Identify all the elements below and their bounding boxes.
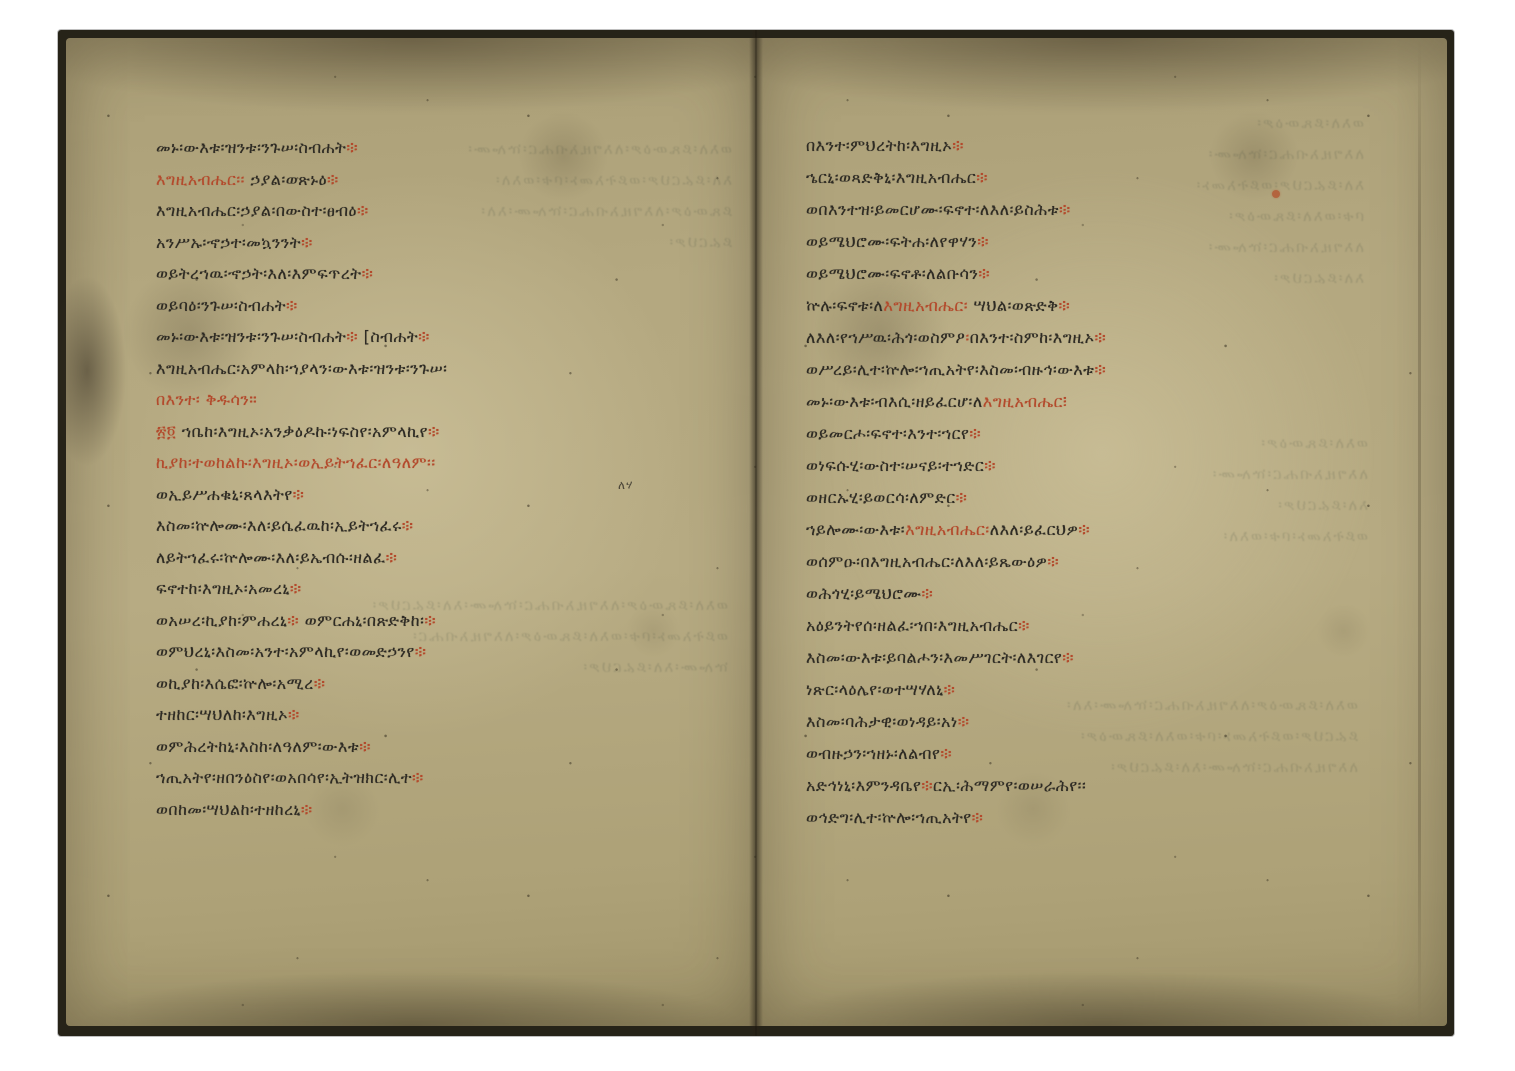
ink-text: መኑ፡ውእቱ፡ብእሲ፡ዘይፈርሆ፡ለ xyxy=(806,392,983,411)
text-line: ወበከመ፡ሣህልከ፡ተዘከረኒ፨ xyxy=(156,794,734,826)
rubric-text: ፨ xyxy=(952,136,964,155)
rubric-text: ፨ xyxy=(969,424,981,443)
text-line: በእንተ፡ ቅዱሳን። xyxy=(156,384,734,416)
ink-text: መኑ፡ውእቱ፡ዝንቱ፡ንጉሠ፡ስብሐት xyxy=(156,138,346,157)
rubric-text: እግዚአብሔር፡ xyxy=(905,520,990,539)
ink-text: ወነፍሱሂ፡ውስተ፡ሠናይ፡ተኀድር xyxy=(806,456,984,475)
text-line: እስመ፡ውእቱ፡ይባልሖን፡እመሥገርት፡ለእገርየ፨ xyxy=(806,642,1366,674)
rubric-text: ፨ xyxy=(1018,616,1030,635)
rubric-text: ፨ xyxy=(944,680,956,699)
text-line: ለይትኀፈሩ፡ኵሎሙ፡እለ፡ይኤብሱ፡ዘልፈ፨ xyxy=(156,542,734,574)
text-line: ወይመርሖ፡ፍኖተ፡እንተ፡ኀርየ፨ xyxy=(806,418,1366,450)
text-line: ወሥረይ፡ሊተ፡ኵሎ፡ኀጢአትየ፡እስመ፡ብዙኅ፡ውእቱ፨ xyxy=(806,354,1366,386)
ink-text: ወበእንተዝ፡ይመርሆሙ፡ፍኖተ፡ለእለ፡ይስሕቱ xyxy=(806,200,1059,219)
ink-text: ኀይሎሙ፡ውእቱ፡ xyxy=(806,520,905,539)
ink-text: አንሥኡ፡ኆኃተ፡መኳንንት xyxy=(156,233,301,252)
rubric-text: ፨ xyxy=(424,611,436,630)
text-line: ወይሜህሮሙ፡ፍትሐ፡ለየዋሃን፨ xyxy=(806,226,1366,258)
rubric-text: ፨ xyxy=(1059,200,1071,219)
rubric-text: ፨ xyxy=(1062,648,1074,667)
ink-text: መኑ፡ውእቱ፡ዝንቱ፡ንጉሠ፡ስብሐት xyxy=(156,327,346,346)
rubric-text: ፨ xyxy=(288,705,300,724)
rubric-text: እግዚአብሔር፡ xyxy=(883,296,973,315)
rubric-text: ፨ xyxy=(940,744,952,763)
rubric-text: ፨ xyxy=(978,264,990,283)
rubric-text: ፨ xyxy=(984,456,996,475)
ink-text: ወበከመ፡ሣህልከ፡ተዘከረኒ xyxy=(156,800,301,819)
ink-text: ወምህረኒ፡እስመ፡አንተ፡አምላኪየ፡ወመድኃንየ xyxy=(156,642,415,661)
left-page-text-column: መኑ፡ውእቱ፡ዝንቱ፡ንጉሠ፡ስብሐት፨እግዚአብሔር፡፡ ኃያል፡ወጽኑዕ፨እ… xyxy=(156,132,734,825)
ink-text: እግዚአብሔር፡ኃያል፡በውስተ፡ፀብዕ xyxy=(156,201,357,220)
text-line: ነጽር፡ላዕሌየ፡ወተሣሃለኒ፨ xyxy=(806,674,1366,706)
text-line: ወበእንተዝ፡ይመርሆሙ፡ፍኖተ፡ለእለ፡ይስሕቱ፨ xyxy=(806,194,1366,226)
rubric-text: በእንተ፡ ቅዱሳን። xyxy=(156,390,257,409)
ink-text: ሣህል፡ወጽድቅ xyxy=(974,296,1059,315)
text-line: ኵሉ፡ፍኖቱ፡ለእግዚአብሔር፡ ሣህል፡ወጽድቅ፨ xyxy=(806,290,1366,322)
rubric-text: እግዚአብሔር፧ xyxy=(983,392,1068,411)
text-line: ኀጢአትየ፡ዘበንዕስየ፡ወአበሳየ፡ኢትዝክር፡ሊተ፨ xyxy=(156,762,734,794)
text-line: ወምሕረትከኒ፡እስከ፡ለዓለም፡ውእቱ፨ xyxy=(156,731,734,763)
ink-text: ነጽር፡ላዕሌየ፡ወተሣሃለኒ xyxy=(806,680,944,699)
rubric-text: ፨ xyxy=(958,712,970,731)
text-line: ኄርኒ፡ወጻድቅኒ፡እግዚአብሔር፨ xyxy=(806,162,1366,194)
ink-text: ለእለ፡የኀሥዉ፡ሕጎ፡ወስምዖ xyxy=(806,328,965,347)
ink-text: ኃያል፡ወጽኑዕ xyxy=(250,170,327,189)
ink-text: ለእለ፡ይፈርህዎ xyxy=(990,520,1079,539)
text-line: አንሥኡ፡ኆኃተ፡መኳንንት፨ xyxy=(156,227,734,259)
red-ink-stain xyxy=(1272,190,1280,198)
rubric-text: ፨ xyxy=(301,233,313,252)
text-line: እግዚአብሔር፡፡ ኃያል፡ወጽኑዕ፨ xyxy=(156,164,734,196)
rubric-text: ፨ xyxy=(428,422,440,441)
ink-text: አዕይንትየሰ፡ዘልፈ፡ኀበ፡እግዚአብሔር xyxy=(806,616,1018,635)
text-line: በእንተ፡ምህረትከ፡እግዚኦ፨ xyxy=(806,130,1366,162)
text-line: ወሰምዑ፡በእግዚአብሔር፡ለእለ፡ይጼውዕዎ፨ xyxy=(806,546,1366,578)
ink-text: ወሥረይ፡ሊተ፡ኵሎ፡ኀጢአትየ፡እስመ፡ብዙኅ፡ውእቱ xyxy=(806,360,1094,379)
ink-text: አድኅነኒ፡እምንዳቤየ xyxy=(806,776,921,795)
text-line: ወሕጎሂ፡ይሜህሮሙ፨ xyxy=(806,578,1366,610)
text-line: ፳፬ ኀቤከ፡እግዚኦ፡አንቃዕዶኩ፡ነፍስየ፡አምላኪየ፨ xyxy=(156,416,734,448)
ink-text: ወምሕረትከኒ፡እስከ፡ለዓለም፡ውእቱ xyxy=(156,737,359,756)
ink-text: ወምርሐኒ፡በጽድቅከ፡ xyxy=(305,611,425,630)
ink-text: [ስብሐት xyxy=(364,327,419,346)
text-line: ወነፍሱሂ፡ውስተ፡ሠናይ፡ተኀድር፨ xyxy=(806,450,1366,482)
text-line: ኪያከ፡ተወከልኩ፡እግዚኦ፡ወኢይትኀፈር፡ለዓለም፡፡ xyxy=(156,447,734,479)
text-line: እስመ፡ኵሎሙ፡እለ፡ይሴፈዉከ፡ኢይትኀፈሩ፨ xyxy=(156,510,734,542)
text-line: መኑ፡ውእቱ፡ዝንቱ፡ንጉሠ፡ስብሐት፨ [ስብሐት፨ xyxy=(156,321,734,353)
text-line: ወብዙኃን፡ኀዘኑ፡ለልብየ፨ xyxy=(806,738,1366,770)
ink-text: ፍኖተከ፡እግዚኦ፡አመረኒ xyxy=(156,579,290,598)
rubric-text: ኪያከ፡ተወከልኩ፡እግዚኦ፡ወኢይትኀፈር፡ለዓለም፡፡ xyxy=(156,453,436,472)
text-line: ወይሜህሮሙ፡ፍኖቶ፡ለልቡሳን፨ xyxy=(806,258,1366,290)
text-line: ወኅድግ፡ሊተ፡ኵሎ፡ኀጢአትየ፨ xyxy=(806,802,1366,834)
text-line: መኑ፡ውእቱ፡ዝንቱ፡ንጉሠ፡ስብሐት፨ xyxy=(156,132,734,164)
text-line: አድኅነኒ፡እምንዳቤየ፨ርኢ፡ሕማምየ፡ወሠራሕየ፡፡ xyxy=(806,770,1366,802)
text-line: ለእለ፡የኀሥዉ፡ሕጎ፡ወስምዖ፡በእንተ፡ስምከ፡እግዚኦ፨ xyxy=(806,322,1366,354)
rubric-text: ፨ xyxy=(386,548,398,567)
rubric-text: ፨ xyxy=(301,800,313,819)
text-line: ፍኖተከ፡እግዚኦ፡አመረኒ፨ xyxy=(156,573,734,605)
rubric-text: ፨ xyxy=(1094,360,1106,379)
ink-text: ለይትኀፈሩ፡ኵሎሙ፡እለ፡ይኤብሱ፡ዘልፈ xyxy=(156,548,386,567)
ink-text: ወኪያከ፡እሴፎ፡ኵሎ፡አሚረ xyxy=(156,674,314,693)
text-line: ወይባዕ፡ንጉሠ፡ስብሐት፨ xyxy=(156,290,734,322)
ink-text: ወይመርሖ፡ፍኖተ፡እንተ፡ኀርየ xyxy=(806,424,969,443)
marginal-note: ለሃ xyxy=(618,478,633,493)
rubric-text: ፨ xyxy=(418,327,430,346)
text-line: ወኢይሥሐቁኒ፡ጸላእትየ፨ xyxy=(156,479,734,511)
manuscript-photo: ወእለ፡ይጼውዕዎ፡ለእግዚአብሔር፡ኵሎሙ፡እለ፡ይፈርህዎ፡ወይትአመኑ፡ቦ… xyxy=(58,30,1454,1036)
text-line: ወዘርኡሂ፡ይወርሳ፡ለምድር፨ xyxy=(806,482,1366,514)
text-line: ወምህረኒ፡እስመ፡አንተ፡አምላኪየ፡ወመድኃንየ፨ xyxy=(156,636,734,668)
ink-text: እስመ፡ባሕታዊ፡ወነዳይ፡አነ xyxy=(806,712,958,731)
ink-text: ወይሜህሮሙ፡ፍኖቶ፡ለልቡሳን xyxy=(806,264,978,283)
rubric-text: እግዚአብሔር፡፡ xyxy=(156,170,250,189)
ink-text: እስመ፡ውእቱ፡ይባልሖን፡እመሥገርት፡ለእገርየ xyxy=(806,648,1062,667)
text-line: ተዘከር፡ሣህለከ፡እግዚኦ፨ xyxy=(156,699,734,731)
right-page-text-column: በእንተ፡ምህረትከ፡እግዚኦ፨ኄርኒ፡ወጻድቅኒ፡እግዚአብሔር፨ወበእንተዝ… xyxy=(806,130,1366,834)
rubric-text: ፨ xyxy=(1078,520,1090,539)
rubric-text: ፨ xyxy=(362,264,374,283)
ink-text: ወኢይሥሐቁኒ፡ጸላእትየ xyxy=(156,485,293,504)
rubric-text: ፨ xyxy=(314,674,326,693)
rubric-text: ፨ xyxy=(415,642,427,661)
ink-text: ኀጢአትየ፡ዘበንዕስየ፡ወአበሳየ፡ኢትዝክር፡ሊተ xyxy=(156,768,412,787)
rubric-text: ፨ xyxy=(412,768,424,787)
ink-text: ወዘርኡሂ፡ይወርሳ፡ለምድር xyxy=(806,488,956,507)
ink-text: ወአሠረ፡ኪያከ፡ምሐረኒ xyxy=(156,611,287,630)
rubric-text: ፨ xyxy=(976,168,988,187)
rubric-text: ፨ xyxy=(1059,296,1071,315)
rubric-text: ፨ xyxy=(921,776,933,795)
ink-text: እግዚአብሔር፡አምላከ፡ኀያላን፡ውእቱ፡ዝንቱ፡ንጉሠ፡ xyxy=(156,359,447,378)
rubric-text: ፨ xyxy=(327,170,339,189)
text-line: እስመ፡ባሕታዊ፡ወነዳይ፡አነ፨ xyxy=(806,706,1366,738)
ink-text: ወኅድግ፡ሊተ፡ኵሎ፡ኀጢአትየ xyxy=(806,808,972,827)
rubric-text: ፨ xyxy=(346,138,358,157)
text-line: ኀይሎሙ፡ውእቱ፡እግዚአብሔር፡ለእለ፡ይፈርህዎ፨ xyxy=(806,514,1366,546)
rubric-text: ፨ xyxy=(972,808,984,827)
text-line: ወይትረኀዉ፡ኆኃት፡እለ፡እምፍጥረት፨ xyxy=(156,258,734,290)
rubric-text: ፨ xyxy=(286,296,298,315)
rubric-text: ፨ xyxy=(956,488,968,507)
ink-text: ኵሉ፡ፍኖቱ፡ለ xyxy=(806,296,883,315)
ink-text: ወብዙኃን፡ኀዘኑ፡ለልብየ xyxy=(806,744,940,763)
text-line: ወኪያከ፡እሴፎ፡ኵሎ፡አሚረ፨ xyxy=(156,668,734,700)
ink-text: ወሕጎሂ፡ይሜህሮሙ xyxy=(806,584,922,603)
rubric-text: ፳፬ xyxy=(156,422,182,441)
rubric-text: ፨ xyxy=(922,584,934,603)
ink-text: በእንተ፡ስምከ፡እግዚኦ xyxy=(970,328,1095,347)
ink-text: ኄርኒ፡ወጻድቅኒ፡እግዚአብሔር xyxy=(806,168,976,187)
rubric-text: ፨ xyxy=(1047,552,1059,571)
rubric-text: ፨ xyxy=(287,611,304,630)
text-line: ወአሠረ፡ኪያከ፡ምሐረኒ፨ ወምርሐኒ፡በጽድቅከ፡፨ xyxy=(156,605,734,637)
text-line: አዕይንትየሰ፡ዘልፈ፡ኀበ፡እግዚአብሔር፨ xyxy=(806,610,1366,642)
text-line: እግዚአብሔር፡አምላከ፡ኀያላን፡ውእቱ፡ዝንቱ፡ንጉሠ፡ xyxy=(156,353,734,385)
ink-text: ርኢ፡ሕማምየ፡ወሠራሕየ፡፡ xyxy=(933,776,1086,795)
rubric-text: ፨ xyxy=(290,579,302,598)
text-line: እግዚአብሔር፡ኃያል፡በውስተ፡ፀብዕ፨ xyxy=(156,195,734,227)
rubric-text: ፨ xyxy=(977,232,989,251)
ink-text: በእንተ፡ምህረትከ፡እግዚኦ xyxy=(806,136,952,155)
text-line: መኑ፡ውእቱ፡ብእሲ፡ዘይፈርሆ፡ለእግዚአብሔር፧ xyxy=(806,386,1366,418)
ink-text: እስመ፡ኵሎሙ፡እለ፡ይሴፈዉከ፡ኢይትኀፈሩ xyxy=(156,516,402,535)
rubric-text: ፨ xyxy=(359,737,371,756)
rubric-text: ፨ xyxy=(1095,328,1107,347)
rubric-text: ፨ xyxy=(346,327,363,346)
rubric-text: ፨ xyxy=(357,201,369,220)
ink-text: ወሰምዑ፡በእግዚአብሔር፡ለእለ፡ይጼውዕዎ xyxy=(806,552,1047,571)
ink-text: ኀቤከ፡እግዚኦ፡አንቃዕዶኩ፡ነፍስየ፡አምላኪየ xyxy=(182,422,428,441)
binding-gutter xyxy=(749,30,763,1036)
ink-text: ወይሜህሮሙ፡ፍትሐ፡ለየዋሃን xyxy=(806,232,977,251)
ink-text: ወይትረኀዉ፡ኆኃት፡እለ፡እምፍጥረት xyxy=(156,264,362,283)
ink-text: ወይባዕ፡ንጉሠ፡ስብሐት xyxy=(156,296,286,315)
rubric-text: ፨ xyxy=(402,516,414,535)
ink-text: ተዘከር፡ሣህለከ፡እግዚኦ xyxy=(156,705,288,724)
rubric-text: ፨ xyxy=(293,485,305,504)
